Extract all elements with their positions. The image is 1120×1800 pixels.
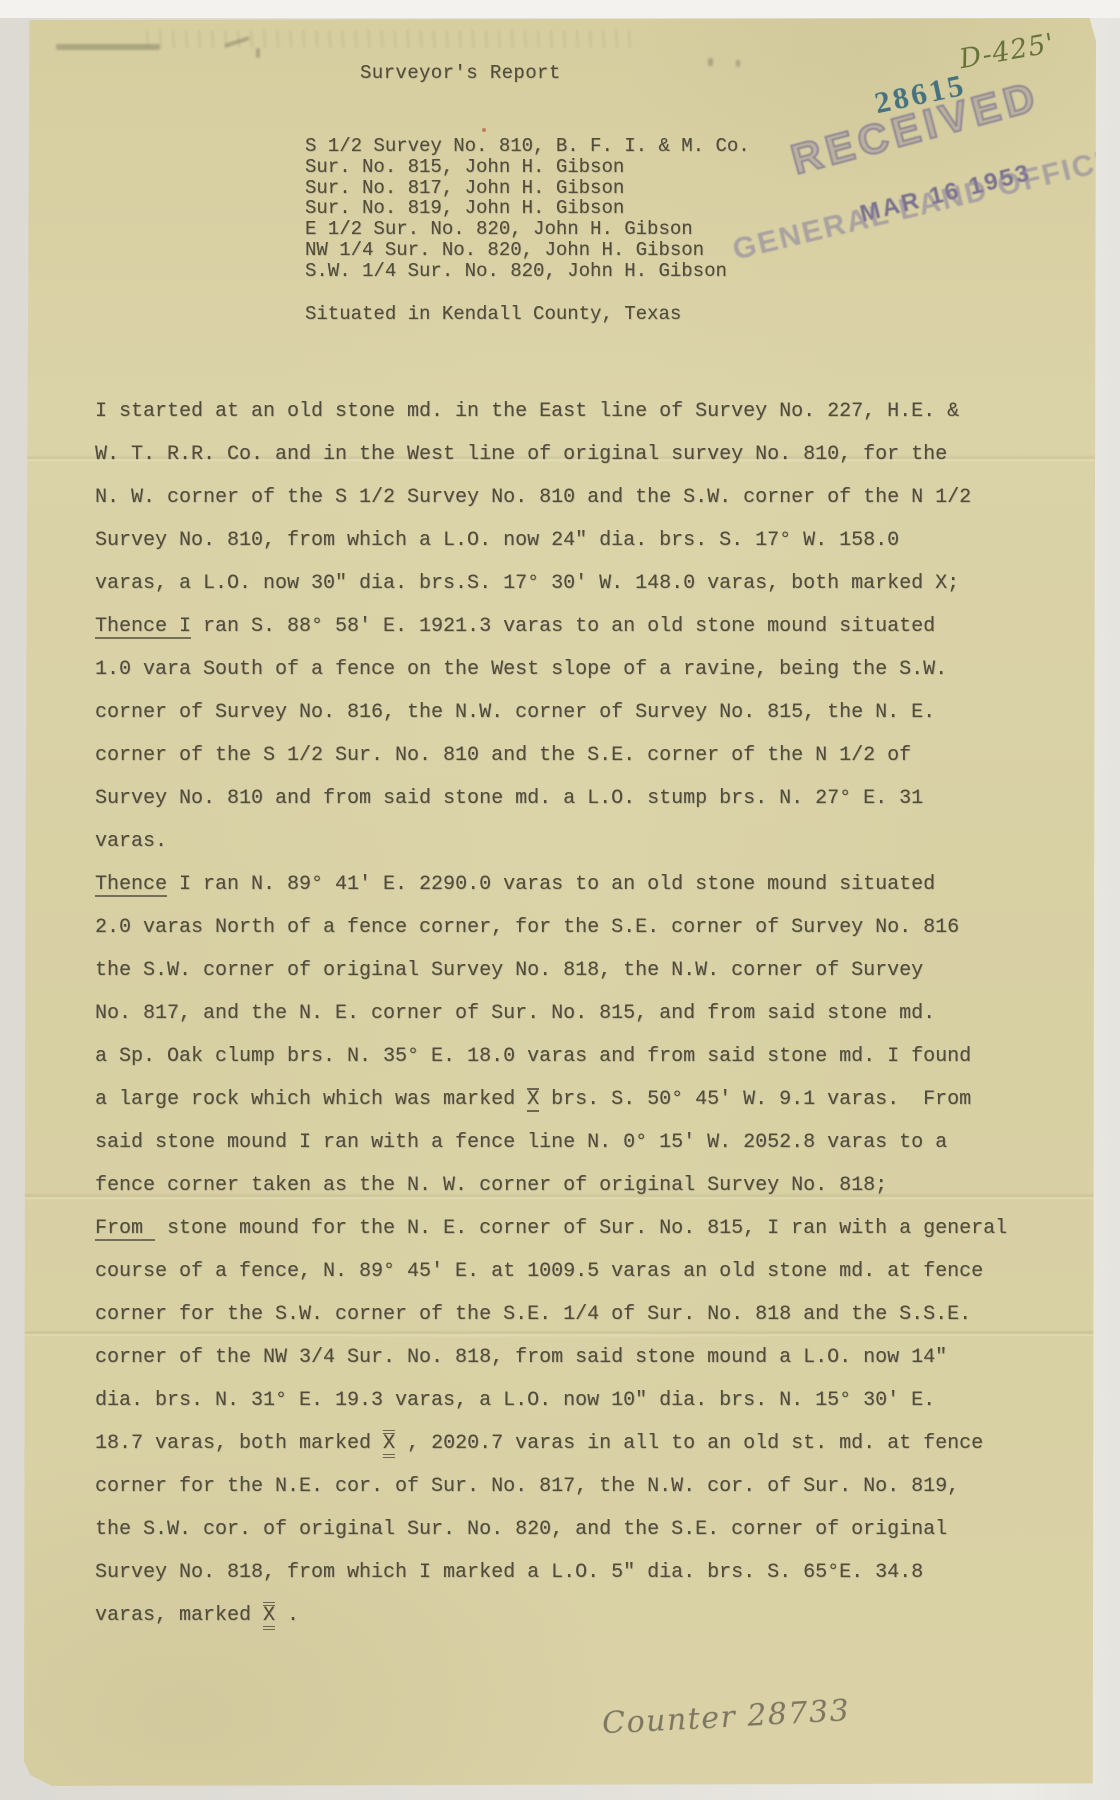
- stray-mark: [256, 48, 260, 58]
- body-line: Survey No. 818, from which I marked a L.…: [95, 1551, 1085, 1594]
- body-line: varas.: [95, 820, 1085, 863]
- survey-header-line: Sur. No. 815, John H. Gibson: [305, 157, 750, 178]
- body-line: corner of the NW 3/4 Sur. No. 818, from …: [95, 1336, 1085, 1379]
- body-line: a Sp. Oak clump brs. N. 35° E. 18.0 vara…: [95, 1035, 1085, 1078]
- body-line: a large rock which which was marked X br…: [95, 1078, 1085, 1121]
- body-line: W. T. R.R. Co. and in the West line of o…: [95, 433, 1085, 476]
- body-line: Thence I ran S. 88° 58' E. 1921.3 varas …: [95, 605, 1085, 648]
- body-line: I started at an old stone md. in the Eas…: [95, 390, 1085, 433]
- body-line: fence corner taken as the N. W. corner o…: [95, 1164, 1085, 1207]
- survey-header-line: S.W. 1/4 Sur. No. 820, John H. Gibson: [305, 261, 750, 282]
- body-line: 2.0 varas North of a fence corner, for t…: [95, 906, 1085, 949]
- situated-line: Situated in Kendall County, Texas: [305, 304, 681, 325]
- counter-note: Counter 28733: [601, 1694, 851, 1742]
- survey-header-line: Sur. No. 817, John H. Gibson: [305, 178, 750, 199]
- smudge-mark: [56, 44, 160, 50]
- body-line: varas, a L.O. now 30" dia. brs.S. 17° 30…: [95, 562, 1085, 605]
- handwritten-file-code: D-425': [957, 28, 1057, 75]
- body-line: said stone mound I ran with a fence line…: [95, 1121, 1085, 1164]
- body-line: the S.W. cor. of original Sur. No. 820, …: [95, 1508, 1085, 1551]
- survey-header-block: S 1/2 Survey No. 810, B. F. I. & M. Co.S…: [305, 136, 750, 282]
- body-line: corner of Survey No. 816, the N.W. corne…: [95, 691, 1085, 734]
- body-line: From stone mound for the N. E. corner of…: [95, 1207, 1085, 1250]
- body-line: Survey No. 810, from which a L.O. now 24…: [95, 519, 1085, 562]
- body-line: corner of the S 1/2 Sur. No. 810 and the…: [95, 734, 1085, 777]
- body-line: 18.7 varas, both marked X , 2020.7 varas…: [95, 1422, 1085, 1465]
- page-title: Surveyor's Report: [360, 62, 561, 84]
- paper: D-425' 28615 RECEIVED MAR 16 1953 GENERA…: [24, 18, 1096, 1786]
- body-line: No. 817, and the N. E. corner of Sur. No…: [95, 992, 1085, 1035]
- red-speck: [482, 128, 486, 132]
- body-line: corner for the S.W. corner of the S.E. 1…: [95, 1293, 1085, 1336]
- scan-background: D-425' 28615 RECEIVED MAR 16 1953 GENERA…: [0, 0, 1120, 1800]
- body-line: N. W. corner of the S 1/2 Survey No. 810…: [95, 476, 1085, 519]
- received-stamp-office: GENERAL LAND OFFICE: [729, 142, 1120, 267]
- survey-header-line: S 1/2 Survey No. 810, B. F. I. & M. Co.: [305, 136, 750, 157]
- survey-header-line: Sur. No. 819, John H. Gibson: [305, 198, 750, 219]
- body-line: varas, marked X .: [95, 1594, 1085, 1637]
- body-line: course of a fence, N. 89° 45' E. at 1009…: [95, 1250, 1085, 1293]
- survey-header-line: E 1/2 Sur. No. 820, John H. Gibson: [305, 219, 750, 240]
- body-line: Thence I ran N. 89° 41' E. 2290.0 varas …: [95, 863, 1085, 906]
- body-line: 1.0 vara South of a fence on the West sl…: [95, 648, 1085, 691]
- stray-mark: [708, 58, 713, 66]
- body-text: I started at an old stone md. in the Eas…: [95, 390, 1085, 1637]
- body-line: the S.W. corner of original Survey No. 8…: [95, 949, 1085, 992]
- survey-header-line: NW 1/4 Sur. No. 820, John H. Gibson: [305, 240, 750, 261]
- stray-mark: [736, 60, 740, 67]
- body-line: Survey No. 810 and from said stone md. a…: [95, 777, 1085, 820]
- body-line: dia. brs. N. 31° E. 19.3 varas, a L.O. n…: [95, 1379, 1085, 1422]
- bleed-through-marks: [140, 30, 640, 48]
- body-line: corner for the N.E. cor. of Sur. No. 817…: [95, 1465, 1085, 1508]
